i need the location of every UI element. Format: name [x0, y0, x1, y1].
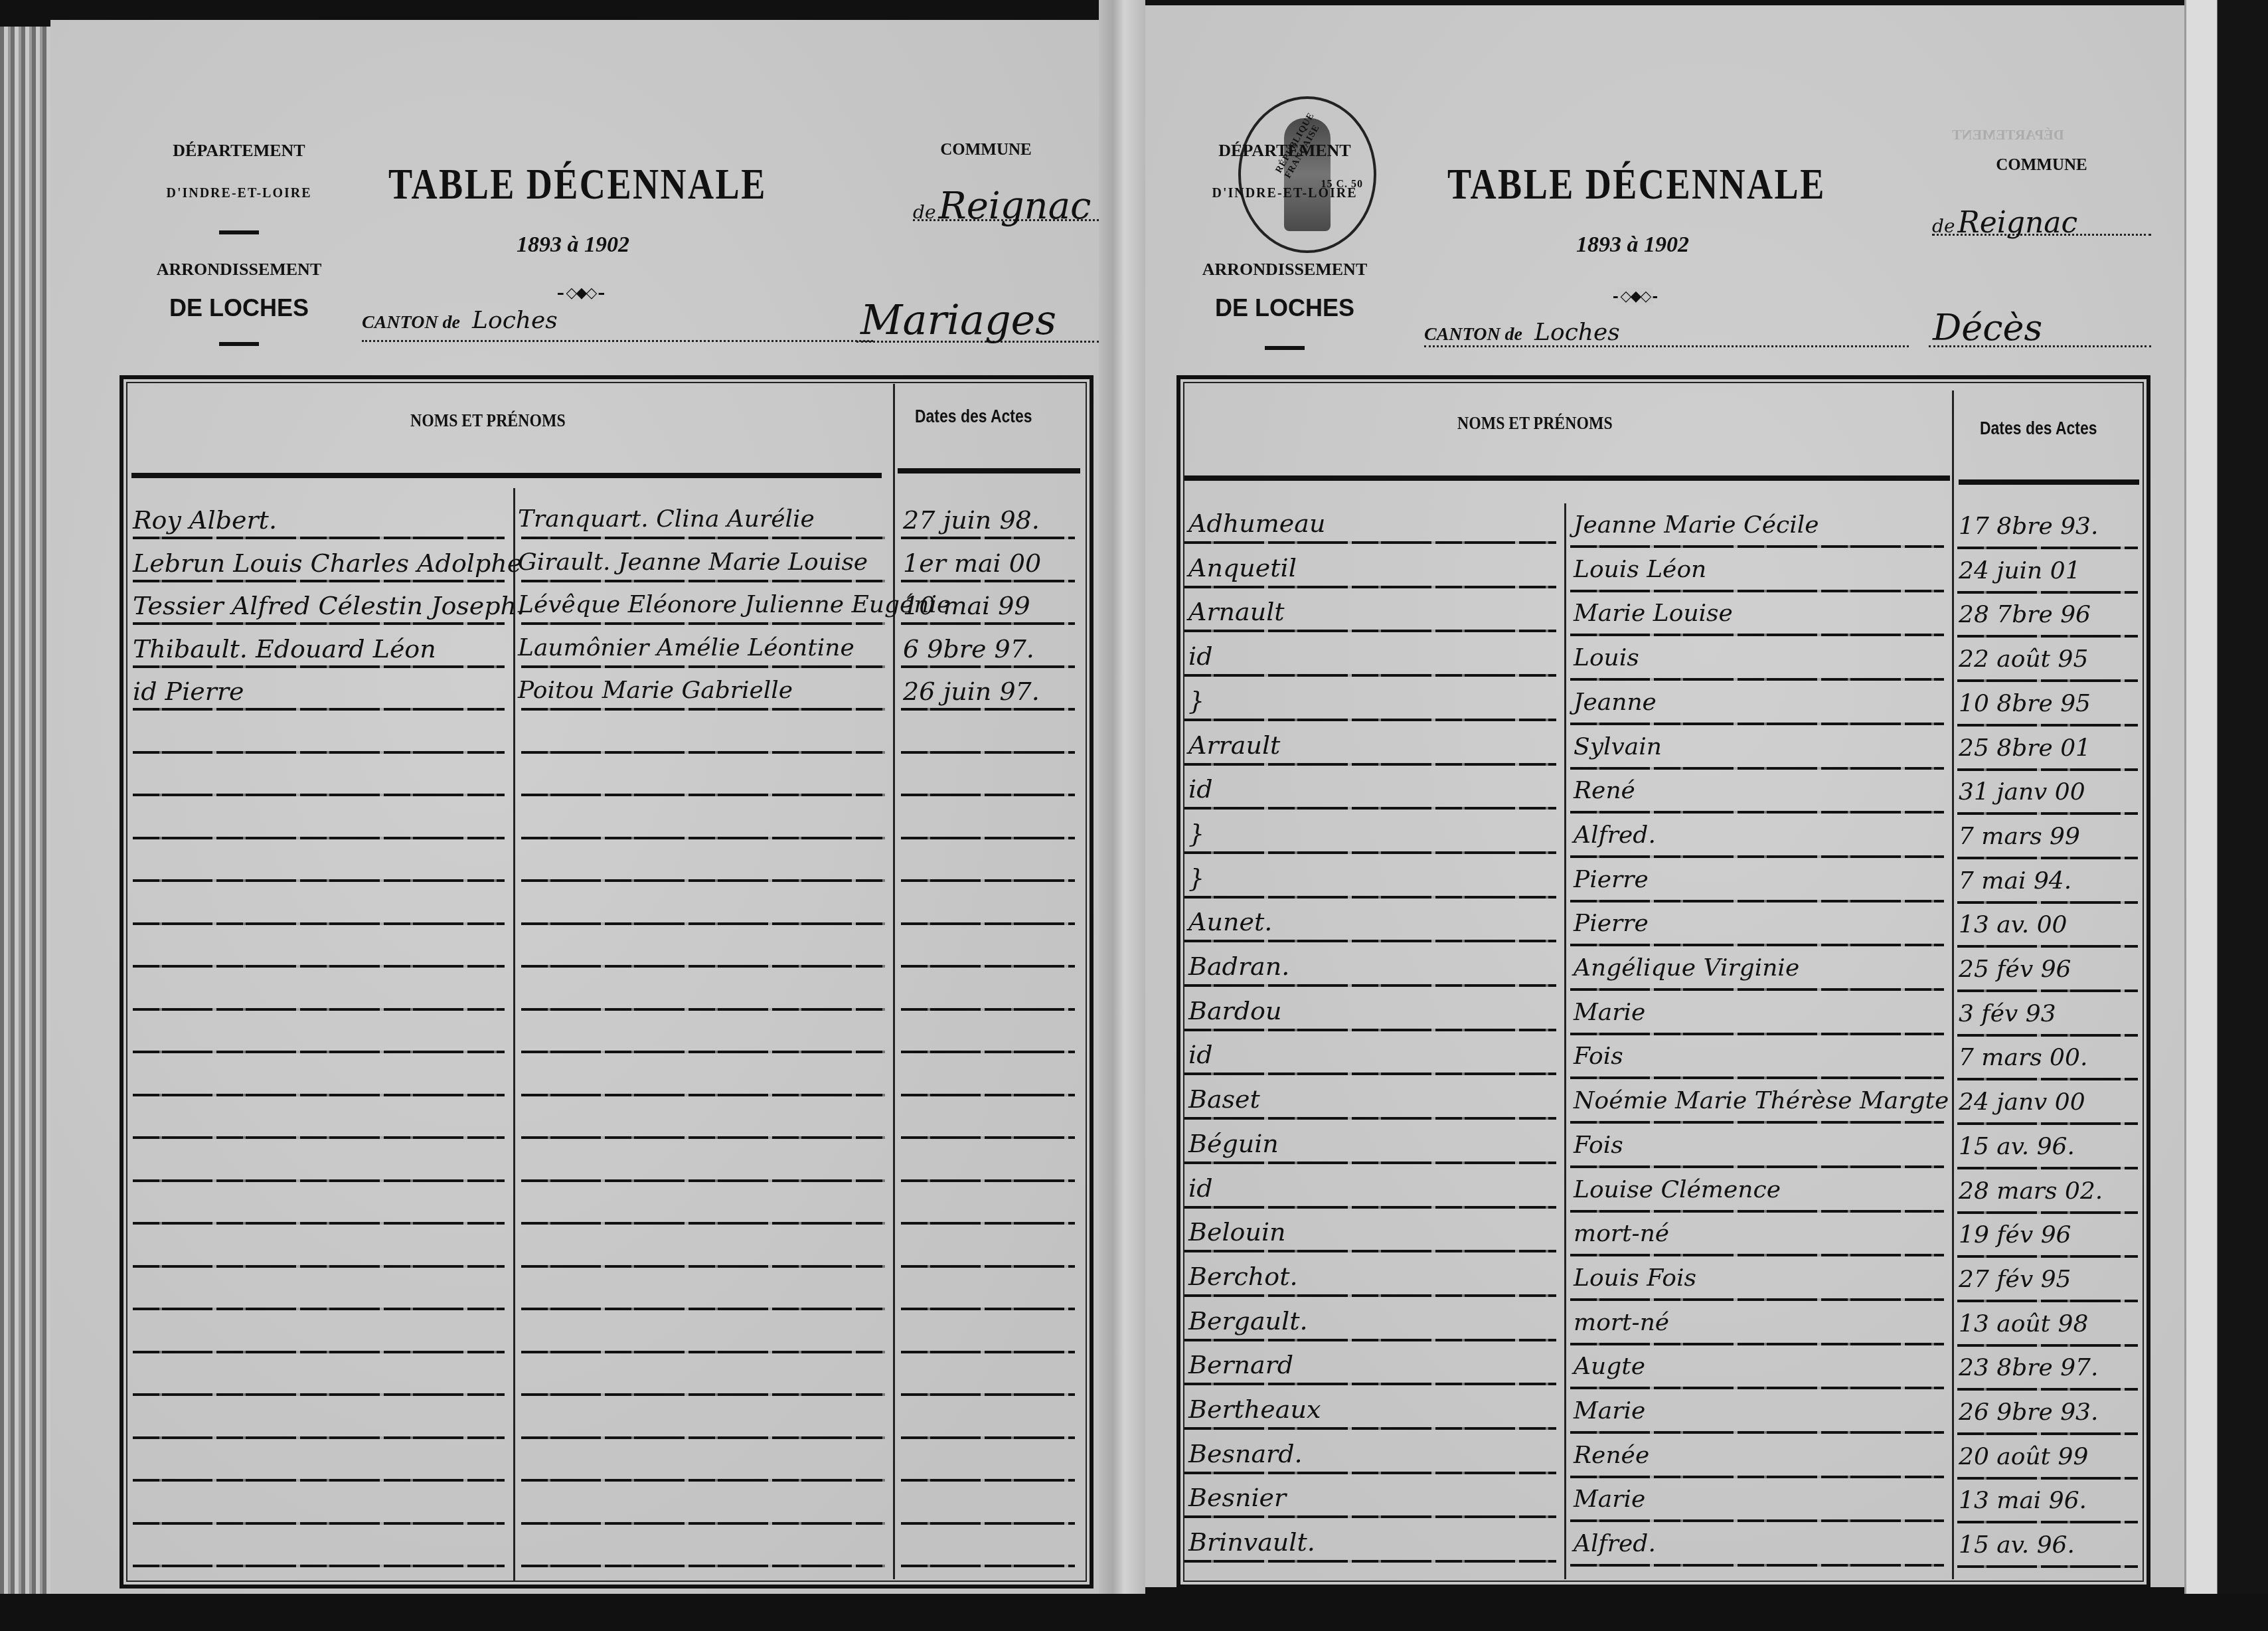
table-rule	[901, 1094, 1075, 1096]
wife-name: Tranquart. Clina Aurélie	[518, 507, 815, 531]
table-rule	[521, 1179, 885, 1182]
right-header-names: NOMS ET PRÉNOMS	[1457, 413, 1613, 434]
left-commune-value: Reignac	[939, 185, 1092, 228]
right-canton-value: Loches	[1534, 319, 1620, 346]
table-rule	[901, 1479, 1075, 1482]
surname: Aunet.	[1188, 909, 1272, 934]
given-names: Marie Louise	[1574, 602, 1733, 626]
table-rule	[901, 537, 1075, 539]
right-register-type: Décès	[1933, 307, 2042, 349]
table-rule	[133, 965, 505, 968]
surname: id	[1188, 776, 1212, 802]
table-rule	[521, 622, 885, 625]
table-rule	[901, 794, 1075, 796]
table-rule	[901, 879, 1075, 882]
surname: Adhumeau	[1188, 511, 1325, 536]
table-rule	[133, 1308, 505, 1310]
surname: Berchot.	[1188, 1264, 1298, 1289]
table-rule	[1570, 1298, 1944, 1301]
table-rule	[1957, 1211, 2138, 1214]
table-rule	[1570, 1343, 1944, 1345]
right-years: 1893 à 1902	[1576, 232, 1689, 258]
husband-name: Tessier Alfred Célestin Joseph.	[133, 593, 525, 618]
table-rule	[521, 751, 885, 754]
right-departement-value: D'INDRE-ET-LOIRE	[1192, 186, 1378, 201]
table-rule	[133, 794, 505, 796]
table-rule	[133, 622, 505, 625]
given-names: Renée	[1574, 1444, 1649, 1468]
table-rule	[1957, 1300, 2138, 1302]
table-rule	[1184, 541, 1556, 544]
surname: Arrault	[1188, 732, 1280, 758]
surname: Brinvault.	[1188, 1529, 1315, 1555]
table-rule	[133, 1351, 505, 1353]
table-rule	[901, 1008, 1075, 1011]
act-date: 17 8bre 93.	[1959, 515, 2098, 539]
table-rule	[521, 1522, 885, 1525]
table-rule	[133, 1136, 505, 1139]
table-rule	[521, 837, 885, 839]
table-rule	[1570, 1165, 1944, 1168]
act-date: 6 9bre 97.	[903, 636, 1034, 661]
given-names: Noémie Marie Thérèse Margte	[1574, 1089, 1949, 1113]
left-departement-block: DÉPARTEMENT D'INDRE-ET-LOIRE ARRONDISSEM…	[153, 141, 325, 346]
given-names: Marie	[1574, 1001, 1645, 1025]
surname: Belouin	[1188, 1219, 1286, 1245]
surname: id	[1188, 1042, 1212, 1067]
table-rule	[1570, 944, 1944, 946]
table-rule	[1570, 545, 1944, 548]
table-rule	[901, 708, 1075, 711]
right-canton-field: CANTON de Loches	[1424, 319, 1909, 347]
act-date: 26 9bre 93.	[1959, 1401, 2098, 1424]
table-rule	[901, 580, 1075, 582]
table-rule	[901, 837, 1075, 839]
surname: Besnier	[1188, 1485, 1286, 1510]
table-rule	[1184, 1073, 1556, 1075]
table-rule	[133, 1008, 505, 1011]
table-rule	[1957, 768, 2138, 771]
table-rule	[1570, 1476, 1944, 1478]
table-rule	[1184, 1560, 1556, 1563]
table-rule	[1184, 984, 1556, 987]
surname: Badran.	[1188, 954, 1289, 979]
surname: Bardou	[1188, 998, 1281, 1023]
table-rule	[1570, 590, 1944, 592]
given-names: Louise Clémence	[1574, 1178, 1781, 1202]
table-rule	[521, 1308, 885, 1310]
act-date: 22 août 95	[1959, 647, 2088, 671]
table-rule	[1184, 719, 1556, 721]
book-page-edges-left	[0, 27, 53, 1607]
left-title: TABLE DÉCENNALE	[388, 159, 767, 210]
right-canton-label: CANTON de	[1424, 324, 1522, 345]
table-rule	[521, 708, 885, 711]
right-departement-label: DÉPARTEMENT	[1192, 141, 1378, 161]
table-rule	[133, 665, 505, 668]
act-date: 27 fév 95	[1959, 1268, 2071, 1292]
table-rule	[901, 1522, 1075, 1525]
table-rule	[1957, 901, 2138, 904]
right-departement-block: DÉPARTEMENT D'INDRE-ET-LOIRE ARRONDISSEM…	[1192, 141, 1378, 350]
table-rule	[521, 1008, 885, 1011]
table-rule	[901, 1265, 1075, 1268]
table-rule	[133, 922, 505, 925]
table-rule	[133, 1436, 505, 1439]
table-rule	[1957, 1388, 2138, 1391]
table-rule	[1957, 1167, 2138, 1169]
table-rule	[1184, 851, 1556, 854]
table-rule	[901, 751, 1075, 754]
table-rule	[521, 1393, 885, 1396]
table-rule	[1957, 679, 2138, 682]
act-date: 7 mars 00.	[1959, 1046, 2087, 1070]
book-page-edges-right	[2184, 0, 2219, 1594]
right-register-type-field: Décès	[1929, 307, 2151, 347]
background-bottom	[0, 1594, 2268, 1631]
act-date: 13 mai 96.	[1959, 1489, 2087, 1513]
surname: Baset	[1188, 1086, 1260, 1112]
wife-name: Lévêque Eléonore Julienne Eugénie	[518, 593, 951, 617]
table-rule	[521, 580, 885, 582]
table-rule	[1184, 1294, 1556, 1297]
left-canton-field: CANTON de Loches	[362, 307, 873, 342]
act-date: 15 av. 96.	[1959, 1135, 2075, 1159]
right-col-divider-2	[1952, 390, 1954, 1579]
given-names: Sylvain	[1574, 735, 1662, 759]
husband-name: id Pierre	[133, 679, 244, 704]
given-names: Alfred.	[1574, 823, 1656, 847]
table-rule	[521, 1351, 885, 1353]
table-rule	[901, 1351, 1075, 1353]
wife-name: Poitou Marie Gabrielle	[518, 679, 793, 703]
act-date: 31 janv 00	[1959, 780, 2085, 804]
surname: id	[1188, 644, 1212, 669]
given-names: Louis	[1574, 646, 1639, 670]
left-commune-field: de Reignac	[913, 185, 1099, 221]
table-rule	[133, 1222, 505, 1225]
table-rule	[1957, 945, 2138, 948]
table-rule	[1957, 1344, 2138, 1347]
table-rule	[1957, 1432, 2138, 1435]
table-rule	[1570, 1076, 1944, 1079]
surname: Bernard	[1188, 1352, 1293, 1377]
act-date: 24 janv 00	[1959, 1090, 2085, 1114]
table-rule	[1184, 630, 1556, 632]
table-rule	[1957, 1565, 2138, 1568]
right-header-dates: Dates des Actes	[1980, 418, 2097, 439]
left-header-rule-dates	[898, 468, 1080, 473]
table-rule	[521, 1051, 885, 1053]
left-commune-label: COMMUNE	[936, 141, 1036, 159]
table-rule	[1957, 591, 2138, 594]
table-rule	[1957, 1255, 2138, 1258]
table-rule	[521, 1565, 885, 1567]
table-rule	[1957, 1521, 2138, 1523]
table-rule	[1570, 634, 1944, 636]
act-date: 3 fév 93	[1959, 1002, 2056, 1026]
left-header-dates: Dates des Actes	[915, 406, 1032, 427]
left-departement-label: DÉPARTEMENT	[153, 141, 325, 161]
table-rule	[901, 1308, 1075, 1310]
given-names: Jeanne Marie Cécile	[1574, 513, 1819, 537]
table-rule	[1570, 1387, 1944, 1389]
bleed-through-text: DÉPARTEMENT	[1952, 126, 2064, 143]
right-title: TABLE DÉCENNALE	[1447, 159, 1826, 210]
act-date: 1er mai 00	[903, 551, 1041, 576]
table-rule	[133, 1094, 505, 1096]
given-names: Louis Fois	[1574, 1266, 1696, 1290]
table-rule	[1184, 1206, 1556, 1209]
given-names: René	[1574, 779, 1635, 803]
surname: Arnault	[1188, 599, 1285, 624]
act-date: 28 7bre 96	[1959, 603, 2091, 627]
table-rule	[521, 1222, 885, 1225]
right-commune-value: Reignac	[1958, 206, 2078, 240]
surname: Béguin	[1188, 1131, 1279, 1156]
left-dash-1	[219, 230, 259, 234]
table-rule	[1184, 1427, 1556, 1430]
given-names: Fois	[1574, 1134, 1623, 1158]
table-rule	[1957, 857, 2138, 859]
right-commune-field: de Reignac	[1932, 206, 2151, 236]
surname: }	[1188, 821, 1204, 846]
left-header-names: NOMS ET PRÉNOMS	[410, 410, 566, 432]
table-rule	[1570, 678, 1944, 681]
table-rule	[1957, 1078, 2138, 1080]
surname: Anquetil	[1188, 555, 1297, 580]
table-rule	[133, 1051, 505, 1053]
table-rule	[1184, 586, 1556, 588]
table-rule	[901, 622, 1075, 625]
table-rule	[1957, 1122, 2138, 1125]
table-rule	[133, 537, 505, 539]
table-rule	[1184, 1472, 1556, 1474]
table-rule	[1184, 1515, 1556, 1518]
surname: Besnard.	[1188, 1441, 1303, 1466]
act-date: 10 mai 99	[903, 593, 1030, 618]
table-rule	[521, 879, 885, 882]
given-names: Fois	[1574, 1045, 1623, 1069]
right-ornament: ◇◆◇	[1613, 294, 1657, 300]
table-rule	[1184, 1029, 1556, 1031]
act-date: 25 8bre 01	[1959, 736, 2091, 760]
surname: Bergault.	[1188, 1308, 1308, 1333]
act-date: 7 mars 99	[1959, 825, 2080, 849]
right-header-rule-dates	[1959, 479, 2139, 485]
table-rule	[901, 1393, 1075, 1396]
left-ornament: ◇◆◇	[558, 291, 604, 296]
table-rule	[133, 879, 505, 882]
table-rule	[1570, 1519, 1944, 1522]
left-arrondissement-label: ARRONDISSEMENT	[153, 260, 325, 280]
act-date: 24 juin 01	[1959, 559, 2081, 583]
table-rule	[1957, 1477, 2138, 1480]
table-rule	[1184, 1383, 1556, 1385]
husband-name: Lebrun Louis Charles Adolphe	[133, 551, 522, 576]
act-date: 7 mai 94.	[1959, 869, 2071, 893]
table-rule	[1570, 723, 1944, 725]
act-date: 26 juin 97.	[903, 679, 1040, 704]
right-header-rule-names	[1184, 475, 1950, 481]
wife-name: Girault. Jeanne Marie Louise	[518, 551, 868, 574]
left-arrondissement-value: DE LOCHES	[153, 294, 325, 322]
surname: id	[1188, 1175, 1212, 1201]
table-rule	[521, 794, 885, 796]
table-rule	[1184, 807, 1556, 810]
given-names: Marie	[1574, 1399, 1645, 1423]
table-rule	[901, 665, 1075, 668]
table-rule	[901, 1179, 1075, 1182]
table-rule	[133, 751, 505, 754]
table-rule	[521, 965, 885, 968]
table-rule	[521, 1136, 885, 1139]
table-rule	[1570, 900, 1944, 902]
given-names: Pierre	[1574, 868, 1649, 892]
surname: }	[1188, 865, 1204, 891]
right-dash	[1265, 346, 1305, 350]
table-rule	[1570, 1254, 1944, 1256]
act-date: 25 fév 96	[1959, 958, 2071, 982]
book-gutter	[1099, 0, 1145, 1631]
table-rule	[1957, 989, 2138, 992]
table-rule	[521, 1436, 885, 1439]
background-right	[2218, 0, 2268, 1631]
table-rule	[901, 922, 1075, 925]
act-date: 28 mars 02.	[1959, 1179, 2103, 1203]
table-rule	[1184, 1161, 1556, 1164]
left-departement-value: D'INDRE-ET-LOIRE	[153, 186, 325, 201]
table-rule	[1184, 1117, 1556, 1120]
right-arrondissement-label: ARRONDISSEMENT	[1192, 260, 1378, 280]
act-date: 10 8bre 95	[1959, 692, 2091, 716]
given-names: mort-né	[1574, 1222, 1669, 1246]
table-rule	[1570, 1121, 1944, 1124]
surname: }	[1188, 688, 1204, 713]
given-names: Augte	[1574, 1355, 1645, 1379]
left-years: 1893 à 1902	[517, 232, 629, 258]
table-rule	[1957, 724, 2138, 727]
table-rule	[133, 837, 505, 839]
table-rule	[1570, 1033, 1944, 1035]
table-rule	[521, 922, 885, 925]
left-col-divider-2	[893, 384, 895, 1579]
table-rule	[1570, 767, 1944, 770]
table-rule	[133, 1522, 505, 1525]
table-rule	[133, 1393, 505, 1396]
right-arrondissement-value: DE LOCHES	[1192, 294, 1378, 322]
table-rule	[521, 537, 885, 539]
surname: Bertheaux	[1188, 1397, 1321, 1422]
table-rule	[1184, 896, 1556, 899]
act-date: 19 fév 96	[1959, 1223, 2071, 1247]
right-col-divider-1	[1564, 503, 1566, 1579]
table-rule	[521, 1479, 885, 1482]
given-names: Jeanne	[1574, 691, 1657, 715]
left-register-type: Mariages	[860, 296, 1056, 344]
wife-name: Laumônier Amélie Léontine	[518, 636, 854, 660]
act-date: 27 juin 98.	[903, 507, 1040, 533]
table-rule	[1570, 1431, 1944, 1434]
left-commune-prefix: de	[913, 201, 936, 223]
table-rule	[133, 1265, 505, 1268]
left-header-rule-names	[131, 473, 882, 478]
table-rule	[133, 1565, 505, 1567]
table-rule	[1184, 674, 1556, 677]
table-rule	[1570, 1210, 1944, 1213]
table-rule	[1957, 547, 2138, 549]
table-rule	[1957, 812, 2138, 815]
table-rule	[901, 1565, 1075, 1567]
left-col-divider-1	[513, 488, 515, 1581]
table-rule	[1957, 1034, 2138, 1037]
right-commune-prefix: de	[1932, 215, 1955, 237]
given-names: Alfred.	[1574, 1532, 1656, 1556]
act-date: 13 août 98	[1959, 1312, 2088, 1336]
given-names: Louis Léon	[1574, 558, 1706, 582]
table-rule	[1957, 635, 2138, 638]
act-date: 13 av. 00	[1959, 913, 2067, 937]
table-rule	[133, 1179, 505, 1182]
table-rule	[133, 1479, 505, 1482]
husband-name: Roy Albert.	[133, 507, 277, 533]
table-rule	[1184, 1339, 1556, 1341]
table-rule	[901, 1051, 1075, 1053]
table-rule	[1570, 811, 1944, 814]
given-names: Angélique Virginie	[1574, 956, 1799, 980]
table-rule	[133, 580, 505, 582]
left-register-type-field: Mariages	[856, 296, 1099, 343]
table-rule	[901, 1136, 1075, 1139]
given-names: Pierre	[1574, 912, 1649, 936]
table-rule	[1184, 940, 1556, 942]
table-rule	[133, 708, 505, 711]
table-rule	[521, 1265, 885, 1268]
table-rule	[1570, 988, 1944, 991]
act-date: 23 8bre 97.	[1959, 1356, 2098, 1380]
act-date: 20 août 99	[1959, 1445, 2088, 1469]
given-names: mort-né	[1574, 1311, 1669, 1335]
table-rule	[521, 1094, 885, 1096]
table-rule	[1570, 1564, 1944, 1567]
table-rule	[1184, 763, 1556, 766]
act-date: 15 av. 96.	[1959, 1533, 2075, 1557]
right-commune-label: COMMUNE	[1992, 156, 2091, 175]
left-dash-2	[219, 342, 259, 346]
table-rule	[1184, 1250, 1556, 1252]
husband-name: Thibault. Edouard Léon	[133, 636, 436, 661]
given-names: Marie	[1574, 1488, 1645, 1511]
table-rule	[901, 1436, 1075, 1439]
table-rule	[521, 665, 885, 668]
table-rule	[901, 1222, 1075, 1225]
table-rule	[901, 965, 1075, 968]
table-rule	[1570, 855, 1944, 858]
left-canton-value: Loches	[472, 307, 558, 334]
left-canton-label: CANTON de	[362, 312, 460, 333]
